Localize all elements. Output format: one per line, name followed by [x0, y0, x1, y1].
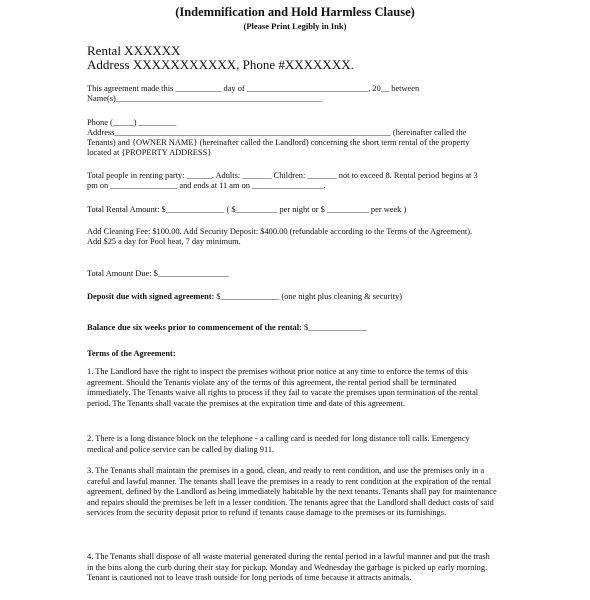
fees-text: Add Cleaning Fee: $100.00. Add Security …	[87, 227, 472, 238]
term-item-3: 3. The Tenants shall maintain the premis…	[87, 466, 497, 519]
names-field[interactable]: Name(s)_________________________________…	[87, 94, 321, 105]
phone-field[interactable]: Phone (_____) _________	[87, 118, 176, 129]
address-field[interactable]: Address_________________________________…	[87, 128, 466, 139]
total-rental-amount-field[interactable]: Total Rental Amount: $______________ ( $…	[87, 205, 406, 216]
deposit-line[interactable]: Deposit due with signed agreement: $____…	[87, 292, 402, 303]
rental-address: Address XXXXXXXXXXX, Phone #XXXXXXX.	[87, 57, 354, 73]
pool-heat-text: Add $25 a day for Pool heat, 7 day minim…	[87, 237, 241, 248]
agreement-date-line[interactable]: This agreement made this ___________ day…	[87, 84, 419, 95]
balance-label: Balance due six weeks prior to commencem…	[87, 323, 302, 332]
terms-heading: Terms of the Agreement:	[87, 349, 176, 360]
rental-period-line[interactable]: pm on ________________ and ends at 11 am…	[87, 181, 325, 192]
balance-line[interactable]: Balance due six weeks prior to commencem…	[87, 323, 367, 334]
term-item-4: 4. The Tenants shall dispose of all wast…	[87, 552, 497, 584]
balance-field[interactable]: $______________	[302, 323, 367, 332]
deposit-field[interactable]: $______________ (one night plus cleaning…	[214, 292, 402, 301]
deposit-label: Deposit due with signed agreement:	[87, 292, 214, 301]
document-subtitle: (Please Print Legibly in Ink)	[0, 21, 590, 31]
parties-text: Tenants) and {OWNER NAME} (hereinafter c…	[87, 138, 470, 149]
term-item-1: 1. The Landlord have the right to inspec…	[87, 367, 497, 409]
total-amount-due-field[interactable]: Total Amount Due: $_________________	[87, 269, 229, 280]
party-size-line[interactable]: Total people in renting party: ______. A…	[87, 171, 478, 182]
document-title: (Indemnification and Hold Harmless Claus…	[0, 5, 590, 20]
term-item-2: 2. There is a long distance block on the…	[87, 434, 497, 455]
property-location-text: located at {PROPERTY ADDRESS}	[87, 148, 211, 159]
